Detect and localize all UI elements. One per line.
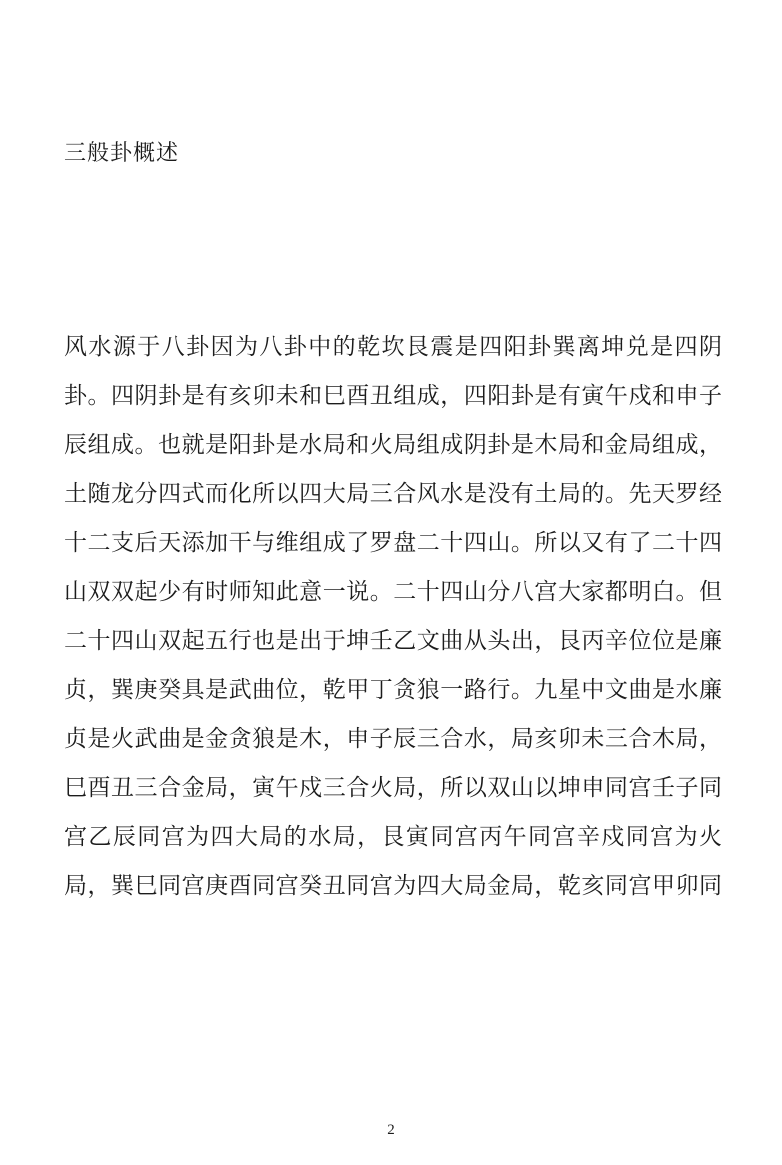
text-line: 二十四山双起五行也是出于坤壬乙文曲从头出，艮丙辛位位是廉 xyxy=(64,616,722,665)
page-number: 2 xyxy=(387,1122,395,1138)
text-line: 风水源于八卦因为八卦中的乾坎艮震是四阳卦巽离坤兑是四阴 xyxy=(64,322,722,371)
text-line: 辰组成。也就是阳卦是水局和火局组成阴卦是木局和金局组成， xyxy=(64,420,722,469)
text-line: 山双双起少有时师知此意一说。二十四山分八宫大家都明白。但 xyxy=(64,567,722,616)
text-line: 巳酉丑三合金局，寅午戍三合火局，所以双山以坤申同宫壬子同 xyxy=(64,763,722,812)
document-body-paragraph: 风水源于八卦因为八卦中的乾坎艮震是四阳卦巽离坤兑是四阴卦。四阴卦是有亥卯未和巳酉… xyxy=(64,322,722,910)
document-title: 三般卦概述 xyxy=(64,136,179,167)
text-line: 十二支后天添加干与维组成了罗盘二十四山。所以又有了二十四 xyxy=(64,518,722,567)
text-line: 宫乙辰同宫为四大局的水局，艮寅同宫丙午同宫辛戍同宫为火 xyxy=(64,812,722,861)
document-page: 三般卦概述 风水源于八卦因为八卦中的乾坎艮震是四阳卦巽离坤兑是四阴卦。四阴卦是有… xyxy=(0,0,782,1165)
text-line: 贞，巽庚癸具是武曲位，乾甲丁贪狼一路行。九星中文曲是水廉 xyxy=(64,665,722,714)
text-line: 贞是火武曲是金贪狼是木，申子辰三合水，局亥卯未三合木局， xyxy=(64,714,722,763)
text-line: 卦。四阴卦是有亥卯未和巳酉丑组成，四阳卦是有寅午戍和申子 xyxy=(64,371,722,420)
text-line: 土随龙分四式而化所以四大局三合风水是没有土局的。先天罗经 xyxy=(64,469,722,518)
page-footer: 2 xyxy=(0,1121,782,1139)
text-line: 局，巽巳同宫庚酉同宫癸丑同宫为四大局金局，乾亥同宫甲卯同 xyxy=(64,861,722,910)
